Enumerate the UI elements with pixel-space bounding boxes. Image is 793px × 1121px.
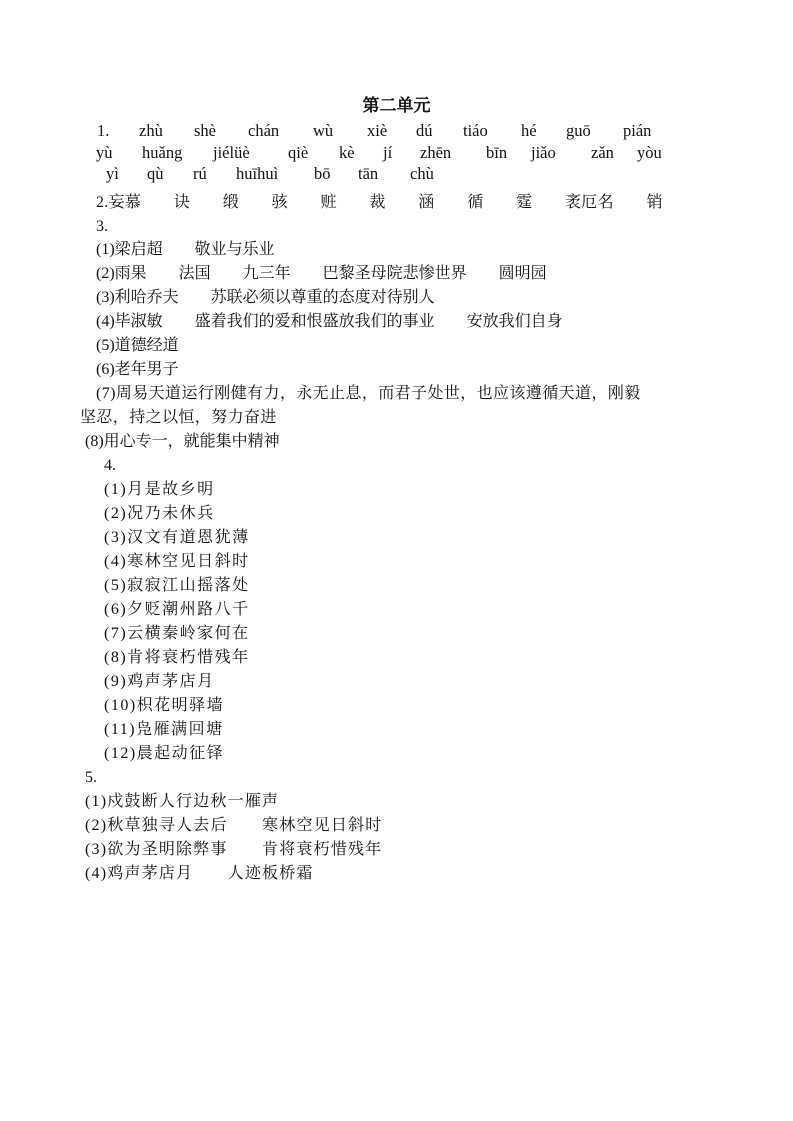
q3-item-1: (1)梁启超 敬业与乐业 xyxy=(96,240,275,260)
pinyin: zhēn xyxy=(420,143,451,163)
q4-item-2: (2)况乃未休兵 xyxy=(104,504,215,524)
q4-item-8: (8)肯将衰朽惜残年 xyxy=(104,648,250,668)
pinyin: wù xyxy=(313,121,333,141)
q5-item-3: (3)欲为圣明除弊事 肯将衰朽惜残年 xyxy=(85,840,382,860)
pinyin: qiè xyxy=(288,143,308,163)
pinyin: bō xyxy=(314,164,331,184)
q3-item-6: (6)老年男子 xyxy=(96,360,179,380)
pinyin: zhù xyxy=(139,121,163,141)
pinyin: rú xyxy=(193,164,207,184)
q4-item-5: (5)寂寂江山摇落处 xyxy=(104,576,250,596)
pinyin: huǎng xyxy=(142,143,182,163)
pinyin: hé xyxy=(521,121,537,141)
q5-label: 5. xyxy=(85,768,97,788)
q3-label: 3. xyxy=(96,217,108,237)
q4-item-11: (11)凫雁满回塘 xyxy=(104,720,224,740)
pinyin: guō xyxy=(566,121,591,141)
q3-item-4: (4)毕淑敏 盛着我们的爱和恨盛放我们的事业 安放我们自身 xyxy=(96,312,563,332)
q3-item-7: (7)周易天道运行刚健有力，永无止息，而君子处世，也应该遵循天道，刚毅 xyxy=(96,384,641,404)
q4-item-3: (3)汉文有道恩犹薄 xyxy=(104,528,250,548)
pinyin: qù xyxy=(147,164,164,184)
pinyin: pián xyxy=(623,121,651,141)
pinyin: zǎn xyxy=(591,143,614,163)
q5-item-1: (1)戍鼓断人行边秋一雁声 xyxy=(85,792,279,812)
pinyin: yù xyxy=(96,143,113,163)
pinyin: tān xyxy=(358,164,378,184)
q3-item-3: (3)利哈乔夫 苏联必须以尊重的态度对待别人 xyxy=(96,288,435,308)
q4-item-4: (4)寒林空见日斜时 xyxy=(104,552,250,572)
q4-item-10: (10)枳花明驿墙 xyxy=(104,696,224,716)
pinyin: yì xyxy=(106,164,119,184)
q4-item-7: (7)云横秦岭家何在 xyxy=(104,624,250,644)
q5-item-4: (4)鸡声茅店月 人迹板桥霜 xyxy=(85,864,314,884)
pinyin: chán xyxy=(248,121,279,141)
q4-item-12: (12)晨起动征铎 xyxy=(104,744,224,764)
q3-item-8: (8)用心专一，就能集中精神 xyxy=(85,432,280,452)
pinyin: tiáo xyxy=(463,121,488,141)
q2-line: 2.妄慕 诀 缎 骇 赃 裁 涵 循 霆 袤厄名 销 xyxy=(96,193,663,213)
q4-item-9: (9)鸡声茅店月 xyxy=(104,672,215,692)
q4-label: 4. xyxy=(104,456,116,476)
q3-item-5: (5)道德经道 xyxy=(96,336,179,356)
q1-label: 1. xyxy=(97,121,109,141)
pinyin: bīn xyxy=(486,143,507,163)
pinyin: dú xyxy=(416,121,433,141)
pinyin: jiǎo xyxy=(531,143,556,163)
q3-item-7-cont: 坚忍，持之以恒，努力奋进 xyxy=(80,408,277,428)
q3-item-2: (2)雨果 法国 九三年 巴黎圣母院悲惨世界 圆明园 xyxy=(96,264,547,284)
page-title: 第二单元 xyxy=(0,96,793,116)
pinyin: kè xyxy=(339,143,355,163)
pinyin: shè xyxy=(194,121,216,141)
pinyin: chù xyxy=(410,164,434,184)
pinyin: jiélüè xyxy=(213,143,250,163)
q4-item-6: (6)夕贬潮州路八千 xyxy=(104,600,250,620)
pinyin: jí xyxy=(383,143,392,163)
q4-item-1: (1)月是故乡明 xyxy=(104,480,215,500)
pinyin: xiè xyxy=(367,121,387,141)
pinyin: huīhuì xyxy=(236,164,278,184)
q5-item-2: (2)秋草独寻人去后 寒林空见日斜时 xyxy=(85,816,382,836)
pinyin: yòu xyxy=(637,143,662,163)
